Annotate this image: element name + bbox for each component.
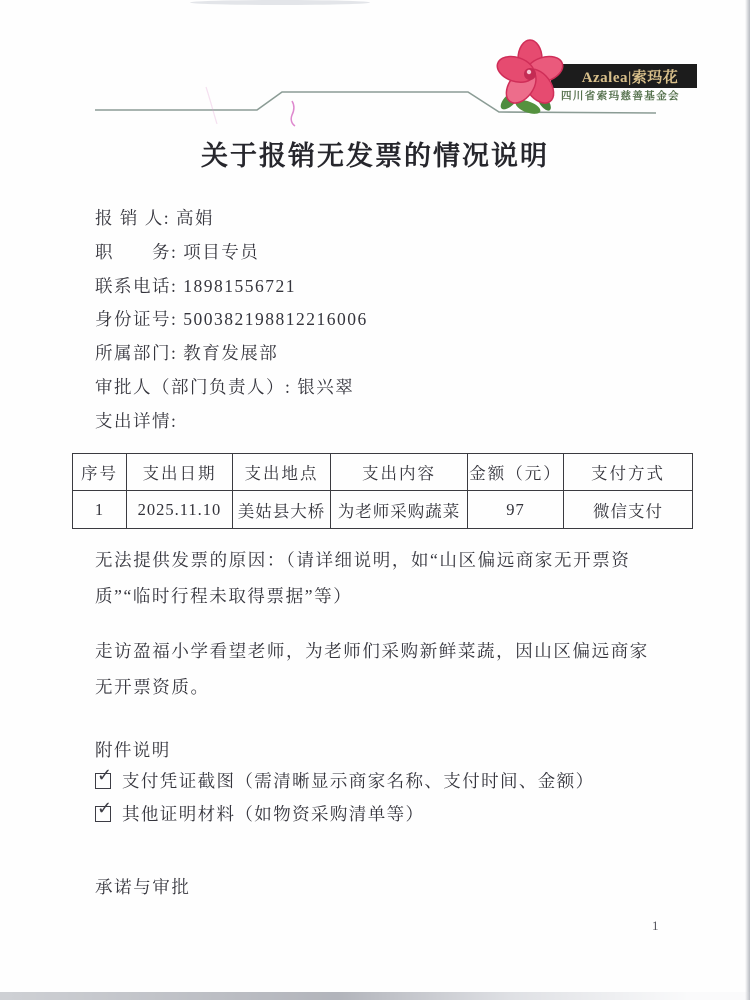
col-header-payment-method: 支付方式 — [564, 454, 693, 491]
logo-brand-text: Azalea|索玛花 — [582, 66, 679, 87]
attachment-item-label: 支付凭证截图（需清晰显示商家名称、支付时间、金额） — [122, 768, 595, 793]
cell-amount: 97 — [468, 491, 564, 529]
scan-artifact-bottom-edge — [0, 992, 750, 1000]
field-position: 职 务: 项目专员 — [95, 236, 368, 270]
explanation-paragraph: 走访盈福小学看望老师，为老师们采购新鲜菜蔬，因山区偏远商家 无开票资质。 — [95, 634, 649, 705]
page-number: 1 — [652, 918, 659, 934]
scan-artifact-top — [190, 0, 370, 5]
cell-location: 美姑县大桥 — [233, 491, 331, 529]
fields-block: 报 销 人: 高娟 职 务: 项目专员 联系电话: 18981556721 身份… — [95, 202, 368, 439]
azalea-flower-icon — [486, 38, 578, 118]
paragraph-line: 质”“临时行程未取得票据”等） — [95, 579, 630, 615]
col-header-date: 支出日期 — [127, 454, 233, 491]
document-title: 关于报销无发票的情况说明 — [0, 134, 750, 173]
scanned-document-page: Azalea|索玛花 四川省索玛慈善基金会 关于报销无发票的情况说明 报 销 人… — [0, 0, 750, 1000]
paragraph-line: 无开票资质。 — [95, 670, 649, 706]
field-approver: 审批人（部门负责人）: 银兴翠 — [95, 371, 368, 405]
col-header-location: 支出地点 — [233, 454, 331, 491]
cell-index: 1 — [73, 491, 127, 529]
field-reimburser: 报 销 人: 高娟 — [95, 202, 368, 236]
no-invoice-reason-prompt: 无法提供发票的原因：（请详细说明，如“山区偏远商家无开票资 质”“临时行程未取得… — [95, 543, 630, 614]
attachment-item-payment-screenshot: ✓ 支付凭证截图（需清晰显示商家名称、支付时间、金额） — [95, 764, 595, 797]
attachment-item-other-materials: ✓ 其他证明材料（如物资采购清单等） — [95, 797, 595, 830]
approval-section-heading: 承诺与审批 — [95, 874, 191, 899]
paragraph-line: 走访盈福小学看望老师，为老师们采购新鲜菜蔬，因山区偏远商家 — [95, 634, 649, 670]
expense-table: 序号 支出日期 支出地点 支出内容 金额（元） 支付方式 1 2025.11.1… — [72, 453, 693, 529]
field-phone: 联系电话: 18981556721 — [95, 270, 368, 304]
attachment-item-label: 其他证明材料（如物资采购清单等） — [122, 801, 424, 826]
field-id-number: 身份证号: 500382198812216006 — [95, 303, 368, 337]
check-mark-icon: ✓ — [97, 800, 112, 818]
col-header-amount: 金额（元） — [468, 454, 564, 491]
scan-artifact-right-edge — [745, 0, 750, 1000]
col-header-index: 序号 — [73, 454, 127, 491]
attachments-section: 附件说明 ✓ 支付凭证截图（需清晰显示商家名称、支付时间、金额） ✓ 其他证明材… — [95, 736, 595, 830]
pen-mark-faint — [206, 87, 217, 124]
table-row: 1 2025.11.10 美姑县大桥 为老师采购蔬菜 97 微信支付 — [73, 491, 693, 529]
pen-mark-pink — [291, 101, 295, 126]
cell-payment-method: 微信支付 — [564, 491, 693, 529]
field-department: 所属部门: 教育发展部 — [95, 337, 368, 371]
field-expense-details-label: 支出详情: — [95, 405, 368, 439]
cell-date: 2025.11.10 — [127, 491, 233, 529]
logo-organization-text: 四川省索玛慈善基金会 — [561, 88, 701, 103]
checkbox-checked-icon: ✓ — [95, 806, 111, 822]
paragraph-line: 无法提供发票的原因：（请详细说明，如“山区偏远商家无开票资 — [95, 543, 630, 579]
expense-table-header-row: 序号 支出日期 支出地点 支出内容 金额（元） 支付方式 — [73, 454, 693, 491]
col-header-content: 支出内容 — [331, 454, 468, 491]
check-mark-icon: ✓ — [97, 767, 112, 785]
attachments-heading: 附件说明 — [95, 736, 595, 764]
cell-content: 为老师采购蔬菜 — [331, 491, 468, 529]
checkbox-checked-icon: ✓ — [95, 773, 111, 789]
